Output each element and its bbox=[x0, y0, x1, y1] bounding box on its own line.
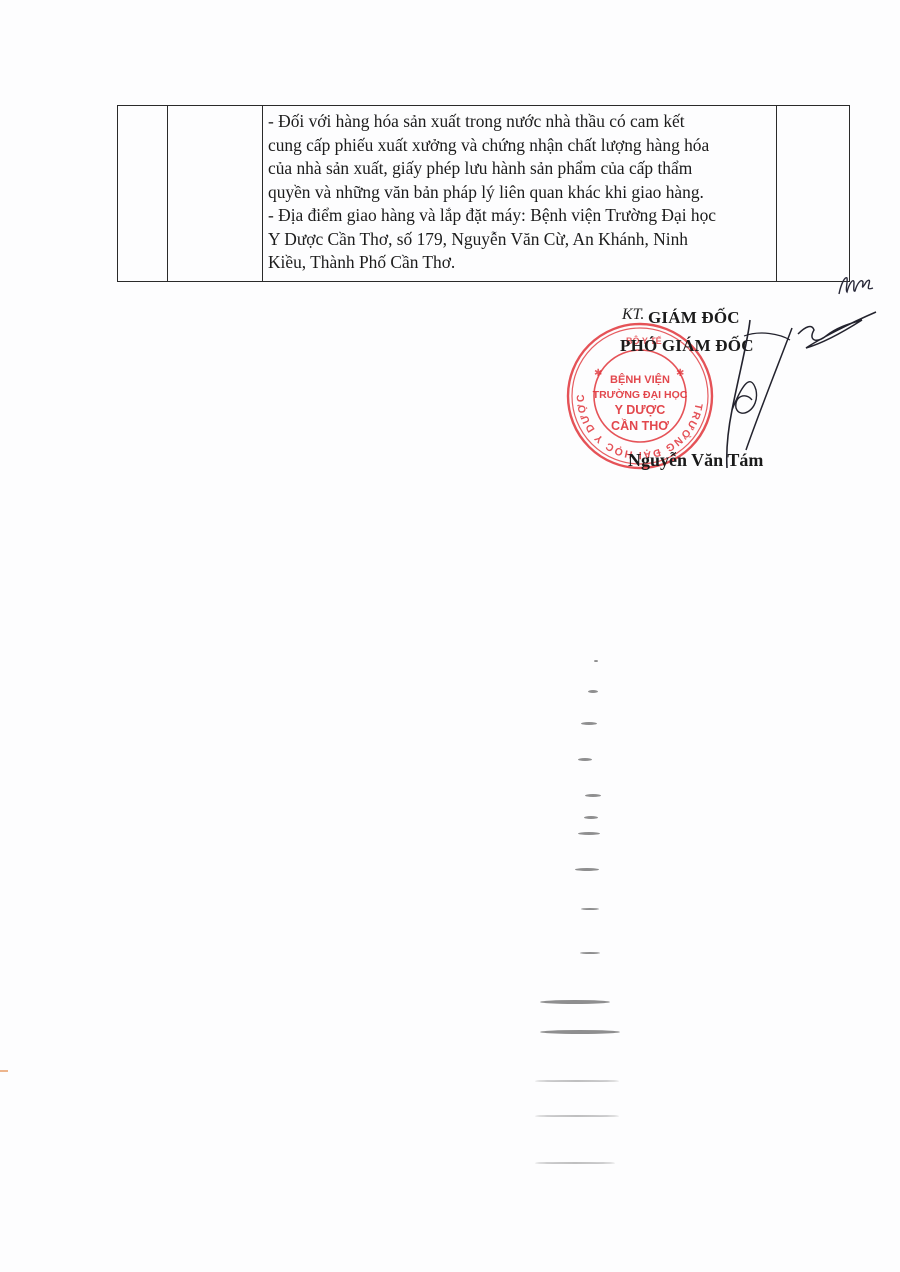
svg-text:Y DƯỢC: Y DƯỢC bbox=[615, 403, 666, 417]
requirement-line: của nhà sản xuất, giấy phép lưu hành sản… bbox=[268, 157, 770, 181]
table-cell-requirements: - Đối với hàng hóa sản xuất trong nước n… bbox=[263, 106, 777, 281]
svg-text:✱: ✱ bbox=[594, 368, 602, 379]
svg-text:BỆNH VIỆN: BỆNH VIỆN bbox=[610, 373, 670, 386]
requirement-line: cung cấp phiếu xuất xưởng và chứng nhận … bbox=[268, 134, 770, 158]
kt-prefix: KT. bbox=[622, 306, 644, 324]
requirement-line: Kiều, Thành Phố Cần Thơ. bbox=[268, 251, 770, 275]
table-cell-index bbox=[118, 106, 168, 281]
scan-speck bbox=[581, 908, 599, 910]
handwritten-signature-icon bbox=[680, 300, 880, 470]
signer-name: Nguyễn Văn Tám bbox=[628, 450, 763, 471]
requirement-line: - Đối với hàng hóa sản xuất trong nước n… bbox=[268, 110, 770, 134]
scan-speck bbox=[584, 816, 598, 819]
svg-text:CẦN THƠ: CẦN THƠ bbox=[611, 418, 669, 433]
scan-speck bbox=[578, 758, 592, 761]
table-cell-notes bbox=[777, 106, 849, 281]
requirement-line: Y Dược Cần Thơ, số 179, Nguyễn Văn Cừ, A… bbox=[268, 228, 770, 252]
scan-speck bbox=[535, 1162, 615, 1164]
scan-speck bbox=[578, 832, 600, 835]
signature-block: TRƯỜNG ĐẠI HỌC Y DƯỢC CẦN THƠ BỘ Y TẾ ✱ … bbox=[560, 300, 880, 490]
scan-speck bbox=[0, 1070, 8, 1072]
scan-speck bbox=[580, 952, 600, 954]
svg-text:TRƯỜNG ĐẠI HỌC: TRƯỜNG ĐẠI HỌC bbox=[593, 388, 688, 401]
requirement-line: - Địa điểm giao hàng và lắp đặt máy: Bện… bbox=[268, 204, 770, 228]
scan-speck bbox=[535, 1115, 619, 1117]
requirement-line: quyền và những văn bản pháp lý liên quan… bbox=[268, 181, 770, 205]
scan-speck bbox=[581, 722, 597, 725]
scan-speck bbox=[540, 1000, 610, 1004]
requirements-table: - Đối với hàng hóa sản xuất trong nước n… bbox=[117, 105, 850, 282]
table-cell-item bbox=[168, 106, 263, 281]
scan-speck bbox=[594, 660, 598, 662]
initials-mark-icon bbox=[835, 270, 875, 298]
scanned-document-page: - Đối với hàng hóa sản xuất trong nước n… bbox=[0, 0, 900, 1272]
scan-speck bbox=[585, 794, 601, 797]
scan-speck bbox=[540, 1030, 620, 1034]
scan-speck bbox=[588, 690, 598, 693]
scan-speck bbox=[535, 1080, 619, 1082]
scan-speck bbox=[575, 868, 599, 871]
